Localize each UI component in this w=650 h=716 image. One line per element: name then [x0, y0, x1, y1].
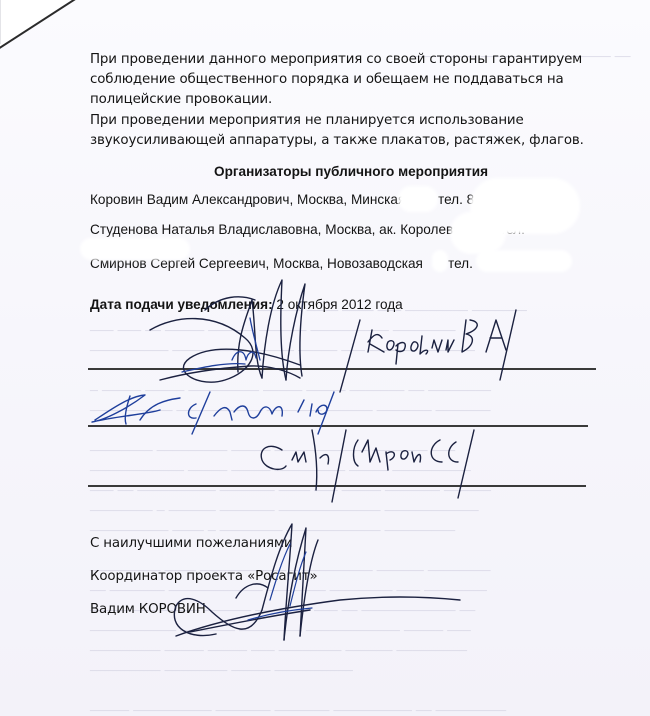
submission-date: 2 октября 2012 года	[276, 297, 402, 312]
signature-line-smirnov	[88, 485, 586, 487]
bleed-through-text: ───────── ───── ───── ─── ──────── ─────…	[90, 642, 467, 662]
bleed-through-text: ──────── ─ ────── ─────── ───────────── …	[90, 502, 479, 522]
organizer-row-korovin: Коровин Вадим Александрович, Москва, Мин…	[90, 192, 405, 207]
redaction	[432, 250, 448, 272]
signature-smirnov	[261, 430, 474, 502]
redaction	[398, 186, 438, 212]
signature-studenova	[92, 392, 334, 434]
signature-line-studenova	[88, 425, 588, 427]
coordinator-title: Координатор проекта «Росагит»	[90, 569, 318, 584]
bleed-through-text: ─────────── ─────── ──────── ───────────…	[90, 622, 471, 642]
organizers-heading: Организаторы публичного мероприятия	[214, 164, 488, 179]
submission-date-line: Дата подачи уведомления: 2 октября 2012 …	[90, 297, 403, 312]
intro-line: полицейские провокации.	[90, 92, 272, 107]
bleed-through-text: ────────── ──────── ─────── ───── ─── ──…	[90, 342, 475, 362]
bleed-through-text: ─── ─── ── ───── ────── ────── ─────────…	[90, 322, 455, 342]
closing-text: С наилучшими пожеланиями	[90, 536, 292, 551]
bleed-through-text: ──────── ───────── ───── ──────────── ──…	[90, 442, 455, 462]
organizer-row-studenova: Студенова Наталья Владиславовна, Москва,…	[90, 222, 461, 237]
signature-line-korovin	[88, 368, 596, 370]
bleed-through-text: ───── ────────── ─────── ─────── ───────…	[90, 702, 506, 716]
intro-line: При проведении мероприятия не планируетс…	[90, 113, 524, 128]
organizer-phone-label: тел.	[448, 256, 473, 271]
bleed-through-text: ── ─────── ──────────── ─── ──── ───────…	[90, 582, 487, 602]
intro-line: звукоусиливающей аппаратуры, а также пла…	[90, 133, 584, 148]
signature-korovin-mark	[150, 280, 305, 382]
coordinator-name: Вадим КОРОВИН	[90, 602, 206, 617]
redaction	[476, 250, 572, 272]
bleed-through-text: ──────────── ───── ───── ───────── ─────…	[90, 462, 471, 482]
organizer-phone-label: тел. 8	[438, 192, 474, 207]
bleed-through-text: ─ ───── ───── ───────── ───── ───── ────…	[90, 382, 491, 402]
submission-label: Дата подачи уведомления:	[90, 297, 273, 312]
scanned-document-page: ──── ──── ───── ─── ─ ────── ── ────────…	[0, 0, 650, 716]
bleed-through-text: ──── ────── ─────────── ─────── ────── ─…	[90, 402, 490, 422]
intro-line: При проведении данного мероприятия со св…	[90, 52, 582, 67]
redaction	[450, 212, 506, 254]
bleed-through-text: ───────── ──────── ───── ──────────	[90, 662, 353, 682]
intro-line: соблюдение общественного порядка и обеща…	[90, 72, 564, 87]
signature-korovin-name	[340, 310, 516, 392]
redaction	[80, 238, 190, 260]
signature-korovin-blue	[182, 318, 260, 372]
folded-corner-icon	[0, 0, 92, 54]
